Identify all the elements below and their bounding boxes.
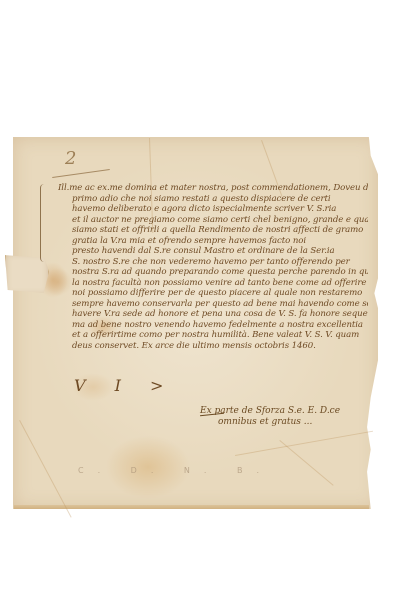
faint-marks: C. D. N. B. xyxy=(78,466,273,475)
letter-line: havemo deliberato e agora dicto ispecial… xyxy=(58,204,368,215)
letter-line: gratia la V.ra mia et ofrendo sempre hav… xyxy=(58,236,368,247)
letter-line: ma ad bene nostro venendo havemo fedelme… xyxy=(58,320,368,331)
letter-line: et il auctor ne pregiamo come siamo cert… xyxy=(58,215,368,226)
letter-line: la nostra facultà non possiamo venire ad… xyxy=(58,278,368,289)
margin-marks: V I > xyxy=(74,376,175,395)
letter-line: havere V.ra sede ad honore et pena una c… xyxy=(58,309,368,320)
letter-line: sempre havemo conservarla per questo ad … xyxy=(58,299,368,310)
margin-bracket xyxy=(40,184,47,262)
letter-line: Ill.me ac ex.me domina et mater nostra, … xyxy=(58,183,368,194)
letter-line: et a offerirtime como per nostra humilit… xyxy=(58,330,368,341)
signature-line-1: Ex parte de Sforza S.e. E. D.ce xyxy=(200,406,370,417)
signature-block: Ex parte de Sforza S.e. E. D.ce omnibus … xyxy=(200,406,370,428)
letter-line: presto havendi dal S.re consul Mastro et… xyxy=(58,246,368,257)
letter-line: primo adio che noi siamo restati a quest… xyxy=(58,194,368,205)
letter-body: Ill.me ac ex.me domina et mater nostra, … xyxy=(58,183,368,351)
signature-line-2: omnibus et gratus ... xyxy=(200,417,370,428)
folio-number: 2 xyxy=(65,148,76,169)
letter-line: nostra S.ra ad quando preparando come qu… xyxy=(58,267,368,278)
letter-line: S. nostro S.re che non vederemo havemo p… xyxy=(58,257,368,268)
letter-line: deus conservet. Ex arce die ultimo mensi… xyxy=(58,341,368,352)
letter-line: siamo stati et offrirli a quella Rendime… xyxy=(58,225,368,236)
letter-line: noi possiamo differire per de questo pia… xyxy=(58,288,368,299)
